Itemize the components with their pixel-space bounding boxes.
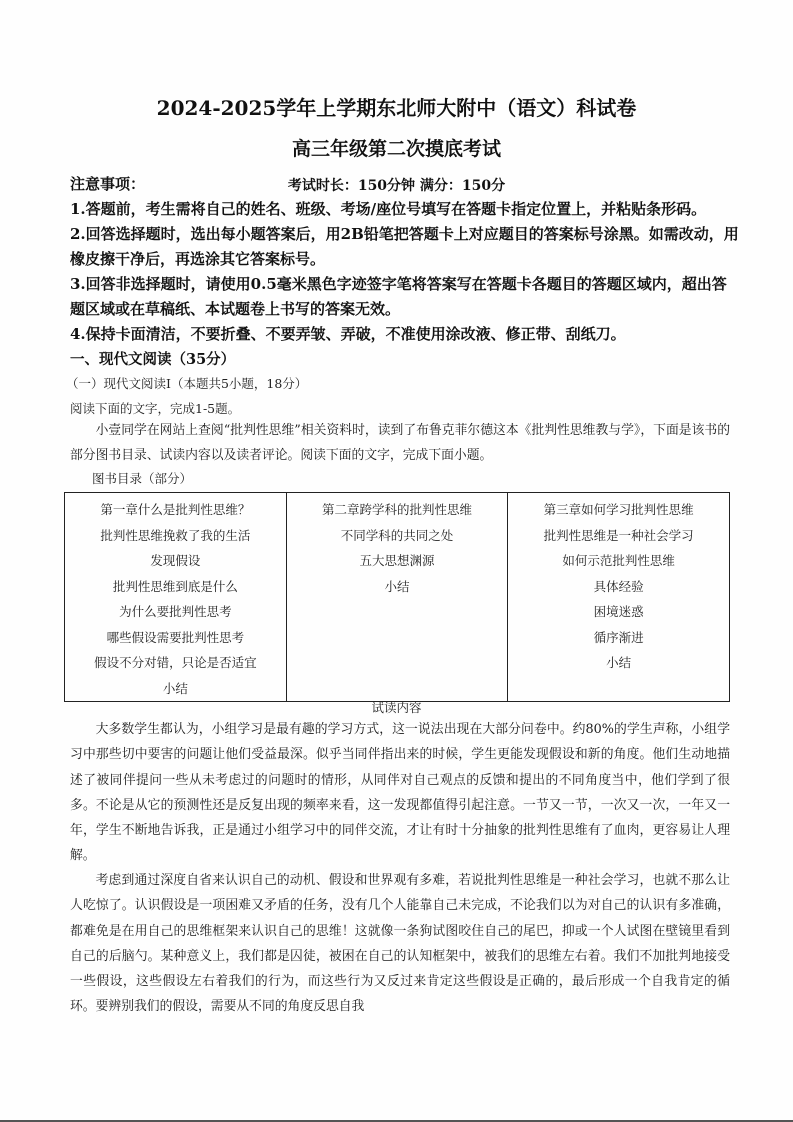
intro-paragraph: 小壹同学在网站上查阅“批判性思维”相关资料时，读到了布鲁克菲尔德这本《批判性思维… bbox=[70, 418, 730, 469]
toc-entry: 困境迷惑 bbox=[508, 599, 729, 625]
notice-heading: 注意事项： bbox=[70, 172, 740, 197]
toc-entry: 小结 bbox=[508, 650, 729, 676]
toc-entry: 小结 bbox=[287, 574, 508, 600]
toc-entry: 为什么要批判性思考 bbox=[65, 599, 286, 625]
toc-entry: 假设不分对错，只论是否适宜 bbox=[65, 650, 286, 676]
notice-item-2: 2.回答选择题时，选出每小题答案后，用2B铅笔把答题卡上对应题目的答案标号涂黑。… bbox=[70, 222, 740, 272]
toc-entry: 循序渐进 bbox=[508, 625, 729, 651]
section-heading: 一、现代文阅读（35分） bbox=[70, 348, 235, 369]
toc-column-2: 第二章跨学科的批判性思维 不同学科的共同之处 五大思想渊源 小结 bbox=[286, 493, 508, 702]
exam-page: 2024-2025学年上学期东北师大附中（语文）科试卷 高三年级第二次摸底考试 … bbox=[0, 0, 793, 1122]
toc-table: 第一章什么是批判性思维？ 批判性思维挽救了我的生活 发现假设 批判性思维到底是什… bbox=[64, 492, 730, 702]
toc-entry: 不同学科的共同之处 bbox=[287, 523, 508, 549]
exam-subtitle: 高三年级第二次摸底考试 bbox=[0, 134, 793, 161]
toc-entry: 如何示范批判性思维 bbox=[508, 548, 729, 574]
toc-entry: 哪些假设需要批判性思考 bbox=[65, 625, 286, 651]
notice-item-3: 3.回答非选择题时，请使用0.5毫米黑色字迹签字笔将答案写在答题卡各题目的答题区… bbox=[70, 272, 740, 322]
toc-column-1: 第一章什么是批判性思维？ 批判性思维挽救了我的生活 发现假设 批判性思维到底是什… bbox=[65, 493, 287, 702]
toc-entry: 第三章如何学习批判性思维 bbox=[508, 497, 729, 523]
notice-item-1: 1.答题前，考生需将自己的姓名、班级、考场/座位号填写在答题卡指定位置上，并粘贴… bbox=[70, 197, 740, 222]
instruction: 阅读下面的文字，完成1-5题。 bbox=[70, 399, 240, 417]
toc-entry: 批判性思维挽救了我的生活 bbox=[65, 523, 286, 549]
toc-entry: 第二章跨学科的批判性思维 bbox=[287, 497, 508, 523]
exam-title: 2024-2025学年上学期东北师大附中（语文）科试卷 bbox=[0, 92, 793, 121]
trial-paragraph-2: 考虑到通过深度自省来认识自己的动机、假设和世界观有多难，若说批判性思维是一种社会… bbox=[70, 868, 730, 1020]
trial-paragraph-1: 大多数学生都认为，小组学习是最有趣的学习方式，这一说法出现在大部分问卷中。约80… bbox=[70, 717, 730, 869]
toc-entry: 五大思想渊源 bbox=[287, 548, 508, 574]
toc-label: 图书目录（部分） bbox=[92, 469, 192, 487]
notice-item-4: 4.保持卡面清洁，不要折叠、不要弄皱、弄破，不准使用涂改液、修正带、刮纸刀。 bbox=[70, 322, 740, 347]
toc-entry: 批判性思维到底是什么 bbox=[65, 574, 286, 600]
trial-label: 试读内容 bbox=[0, 698, 793, 716]
subsection-heading: （一）现代文阅读Ⅰ（本题共5小题，18分） bbox=[66, 374, 307, 392]
toc-entry: 具体经验 bbox=[508, 574, 729, 600]
toc-entry: 发现假设 bbox=[65, 548, 286, 574]
toc-entry: 第一章什么是批判性思维？ bbox=[65, 497, 286, 523]
toc-column-3: 第三章如何学习批判性思维 批判性思维是一种社会学习 如何示范批判性思维 具体经验… bbox=[508, 493, 730, 702]
toc-entry: 批判性思维是一种社会学习 bbox=[508, 523, 729, 549]
